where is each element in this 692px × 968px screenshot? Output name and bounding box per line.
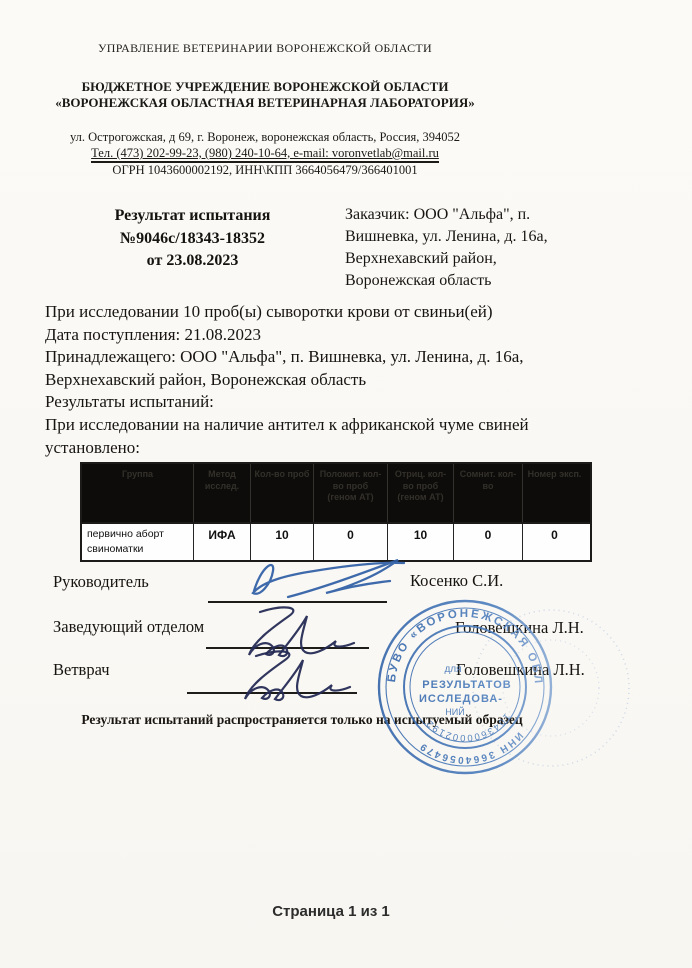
body-line: Принадлежащего: ООО "Альфа", п. Вишневка… bbox=[45, 346, 670, 369]
round-stamp: БУВО «ВОРОНЕЖСКАЯ ОБЛ ИНН 3664056479 104… bbox=[355, 582, 655, 797]
result-number: №9046с/18343-18352 bbox=[80, 228, 305, 251]
table-cell-group: первично аборт свиноматки bbox=[82, 524, 193, 560]
body-line: установлено: bbox=[45, 437, 670, 460]
scanned-document-page: УПРАВЛЕНИЕ ВЕТЕРИНАРИИ ВОРОНЕЖСКОЙ ОБЛАС… bbox=[0, 0, 692, 968]
authority-line: УПРАВЛЕНИЕ ВЕТЕРИНАРИИ ВОРОНЕЖСКОЙ ОБЛАС… bbox=[0, 41, 530, 56]
address-line: ул. Острогожская, д 69, г. Воронеж, воро… bbox=[0, 130, 530, 145]
body-line: Результаты испытаний: bbox=[45, 391, 670, 414]
customer-line: Верхнехавский район, bbox=[345, 248, 625, 270]
table-header-cell: Номер эксп. bbox=[522, 464, 586, 522]
table-cell-value: 0 bbox=[453, 524, 522, 560]
customer-line: Воронежская область bbox=[345, 270, 625, 292]
result-title-block: Результат испытания №9046с/18343-18352 о… bbox=[80, 205, 305, 273]
stamp-center-line2: РЕЗУЛЬТАТОВ bbox=[422, 679, 511, 691]
table-header-cell: Положит. кол-во проб (геном АТ) bbox=[313, 464, 387, 522]
contacts-underlined-text: Тел. (473) 202-99-23, (980) 240-10-64, e… bbox=[91, 146, 439, 163]
registration-line: ОГРН 1043600002192, ИНН\КПП 3664056479/3… bbox=[0, 163, 530, 178]
table-header-cell: Кол-во проб bbox=[250, 464, 313, 522]
signature-role-director: Руководитель bbox=[53, 572, 149, 592]
customer-line: Заказчик: ООО "Альфа", п. bbox=[345, 204, 625, 226]
results-table: Группа Метод исслед. Кол-во проб Положит… bbox=[80, 462, 592, 562]
stamp-center-line1: для bbox=[444, 664, 461, 675]
handwritten-signature-veterinarian bbox=[224, 647, 359, 702]
table-cell-value: 0 bbox=[522, 524, 586, 560]
contacts-line: Тел. (473) 202-99-23, (980) 240-10-64, e… bbox=[0, 146, 530, 163]
organization-name-line1: БЮДЖЕТНОЕ УЧРЕЖДЕНИЕ ВОРОНЕЖСКОЙ ОБЛАСТИ bbox=[0, 79, 530, 95]
result-date: от 23.08.2023 bbox=[80, 250, 305, 273]
customer-block: Заказчик: ООО "Альфа", п. Вишневка, ул. … bbox=[345, 204, 625, 292]
table-header-cell: Группа bbox=[82, 464, 193, 522]
table-header-cell: Сомнит. кол-во bbox=[453, 464, 522, 522]
signature-role-head-of-department: Заведующий отделом bbox=[53, 617, 204, 637]
table-header-cell: Отриц. кол-во проб (геном АТ) bbox=[387, 464, 453, 522]
body-line: При исследовании 10 проб(ы) сыворотки кр… bbox=[45, 301, 670, 324]
result-title-line1: Результат испытания bbox=[80, 205, 305, 228]
results-table-header-redacted: Группа Метод исслед. Кол-во проб Положит… bbox=[82, 464, 590, 522]
customer-line: Вишневка, ул. Ленина, д. 16а, bbox=[345, 226, 625, 248]
table-header-cell: Метод исслед. bbox=[193, 464, 250, 522]
stamp-center-line3: ИССЛЕДОВА- bbox=[419, 693, 503, 705]
body-text: При исследовании 10 проб(ы) сыворотки кр… bbox=[45, 301, 670, 459]
body-line: Верхнехавский район, Воронежская область bbox=[45, 369, 670, 392]
body-line: Дата поступления: 21.08.2023 bbox=[45, 324, 670, 347]
stamp-center-line4: НИЙ bbox=[445, 706, 464, 717]
body-line: При исследовании на наличие антител к аф… bbox=[45, 414, 670, 437]
page-number: Страница 1 из 1 bbox=[0, 903, 662, 920]
signature-role-veterinarian: Ветврач bbox=[53, 660, 110, 680]
organization-name-line2: «ВОРОНЕЖСКАЯ ОБЛАСТНАЯ ВЕТЕРИНАРНАЯ ЛАБО… bbox=[0, 95, 530, 111]
